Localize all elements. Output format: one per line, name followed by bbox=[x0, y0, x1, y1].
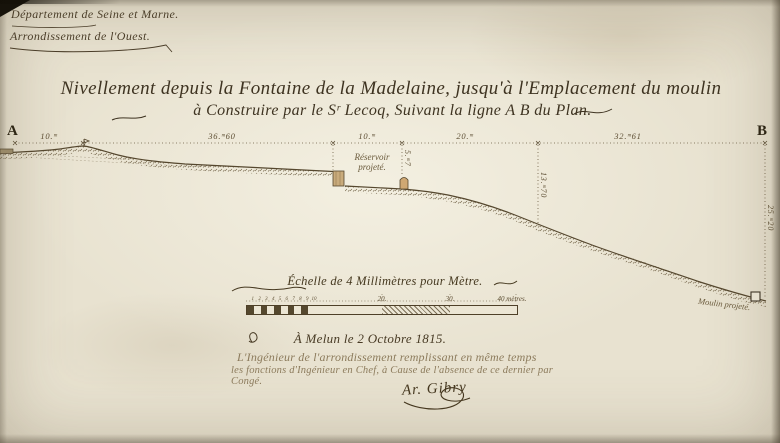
height-label: 5.ᵐ7 bbox=[403, 150, 412, 167]
distance-label: 10.ᵐ bbox=[358, 131, 375, 141]
scale-bar-unit: 3 bbox=[265, 297, 268, 302]
document-page: Département de Seine et Marne. Arrondiss… bbox=[0, 0, 780, 443]
distance-label: 36.ᵐ60 bbox=[208, 131, 235, 141]
scale-bar-unit: 1 bbox=[252, 297, 255, 302]
scale-bar-ten-label: 30. bbox=[446, 295, 455, 303]
title-flourish-left bbox=[112, 116, 146, 120]
distance-label: 10.ᵐ bbox=[40, 131, 57, 141]
distance-label: 32.ᵐ61 bbox=[614, 131, 641, 141]
scale-bar-unit: 8 bbox=[299, 297, 302, 302]
arrondissement-underline bbox=[10, 45, 172, 52]
scale-bar-unit: 4 bbox=[272, 297, 275, 302]
scale-caption: Échelle de 4 Millimètres pour Mètre. bbox=[225, 274, 545, 289]
fountain-mark bbox=[0, 149, 13, 154]
measuring-stake bbox=[400, 178, 408, 190]
height-label: 25.ᵐ20 bbox=[766, 205, 775, 231]
place-date-line: À Melun le 2 Octobre 1815. bbox=[240, 331, 500, 347]
reservoir-annotation-line1: Réservoir bbox=[342, 152, 402, 162]
scale-bar-unit: 2 bbox=[258, 297, 261, 302]
department-underline bbox=[12, 25, 96, 28]
title-flourish-right bbox=[574, 109, 612, 114]
scale-bar-unit: 7 bbox=[292, 297, 295, 302]
reservoir-annotation-line2: projeté. bbox=[342, 162, 402, 172]
scale-bar-unit: 10 bbox=[312, 297, 317, 302]
graphic-scale-bar bbox=[246, 305, 518, 315]
scale-bar-unit: 5 bbox=[279, 297, 282, 302]
scale-bar-20-30 bbox=[382, 306, 450, 314]
reservoir-wall bbox=[333, 171, 344, 186]
reservoir-annotation: Réservoir projeté. bbox=[342, 152, 402, 172]
scale-bar-ten-label: 20. bbox=[378, 295, 387, 303]
closing-statement-line1: L'Ingénieur de l'arrondissement rempliss… bbox=[237, 350, 577, 365]
scale-bar-30-40 bbox=[450, 306, 518, 314]
signature: Ar. Gibry bbox=[402, 379, 468, 399]
distance-label: 20.ᵐ bbox=[456, 131, 473, 141]
scale-bar-unit: 9 bbox=[306, 297, 309, 302]
mill-square bbox=[751, 292, 760, 301]
scale-bar-unit: 6 bbox=[286, 297, 289, 302]
height-label: 13.ᵐ70 bbox=[539, 172, 548, 198]
scale-bar-10-20 bbox=[315, 306, 383, 314]
scale-bar-ten-label: 40 mètres. bbox=[498, 295, 527, 303]
terrain-texture-upper bbox=[0, 146, 333, 177]
